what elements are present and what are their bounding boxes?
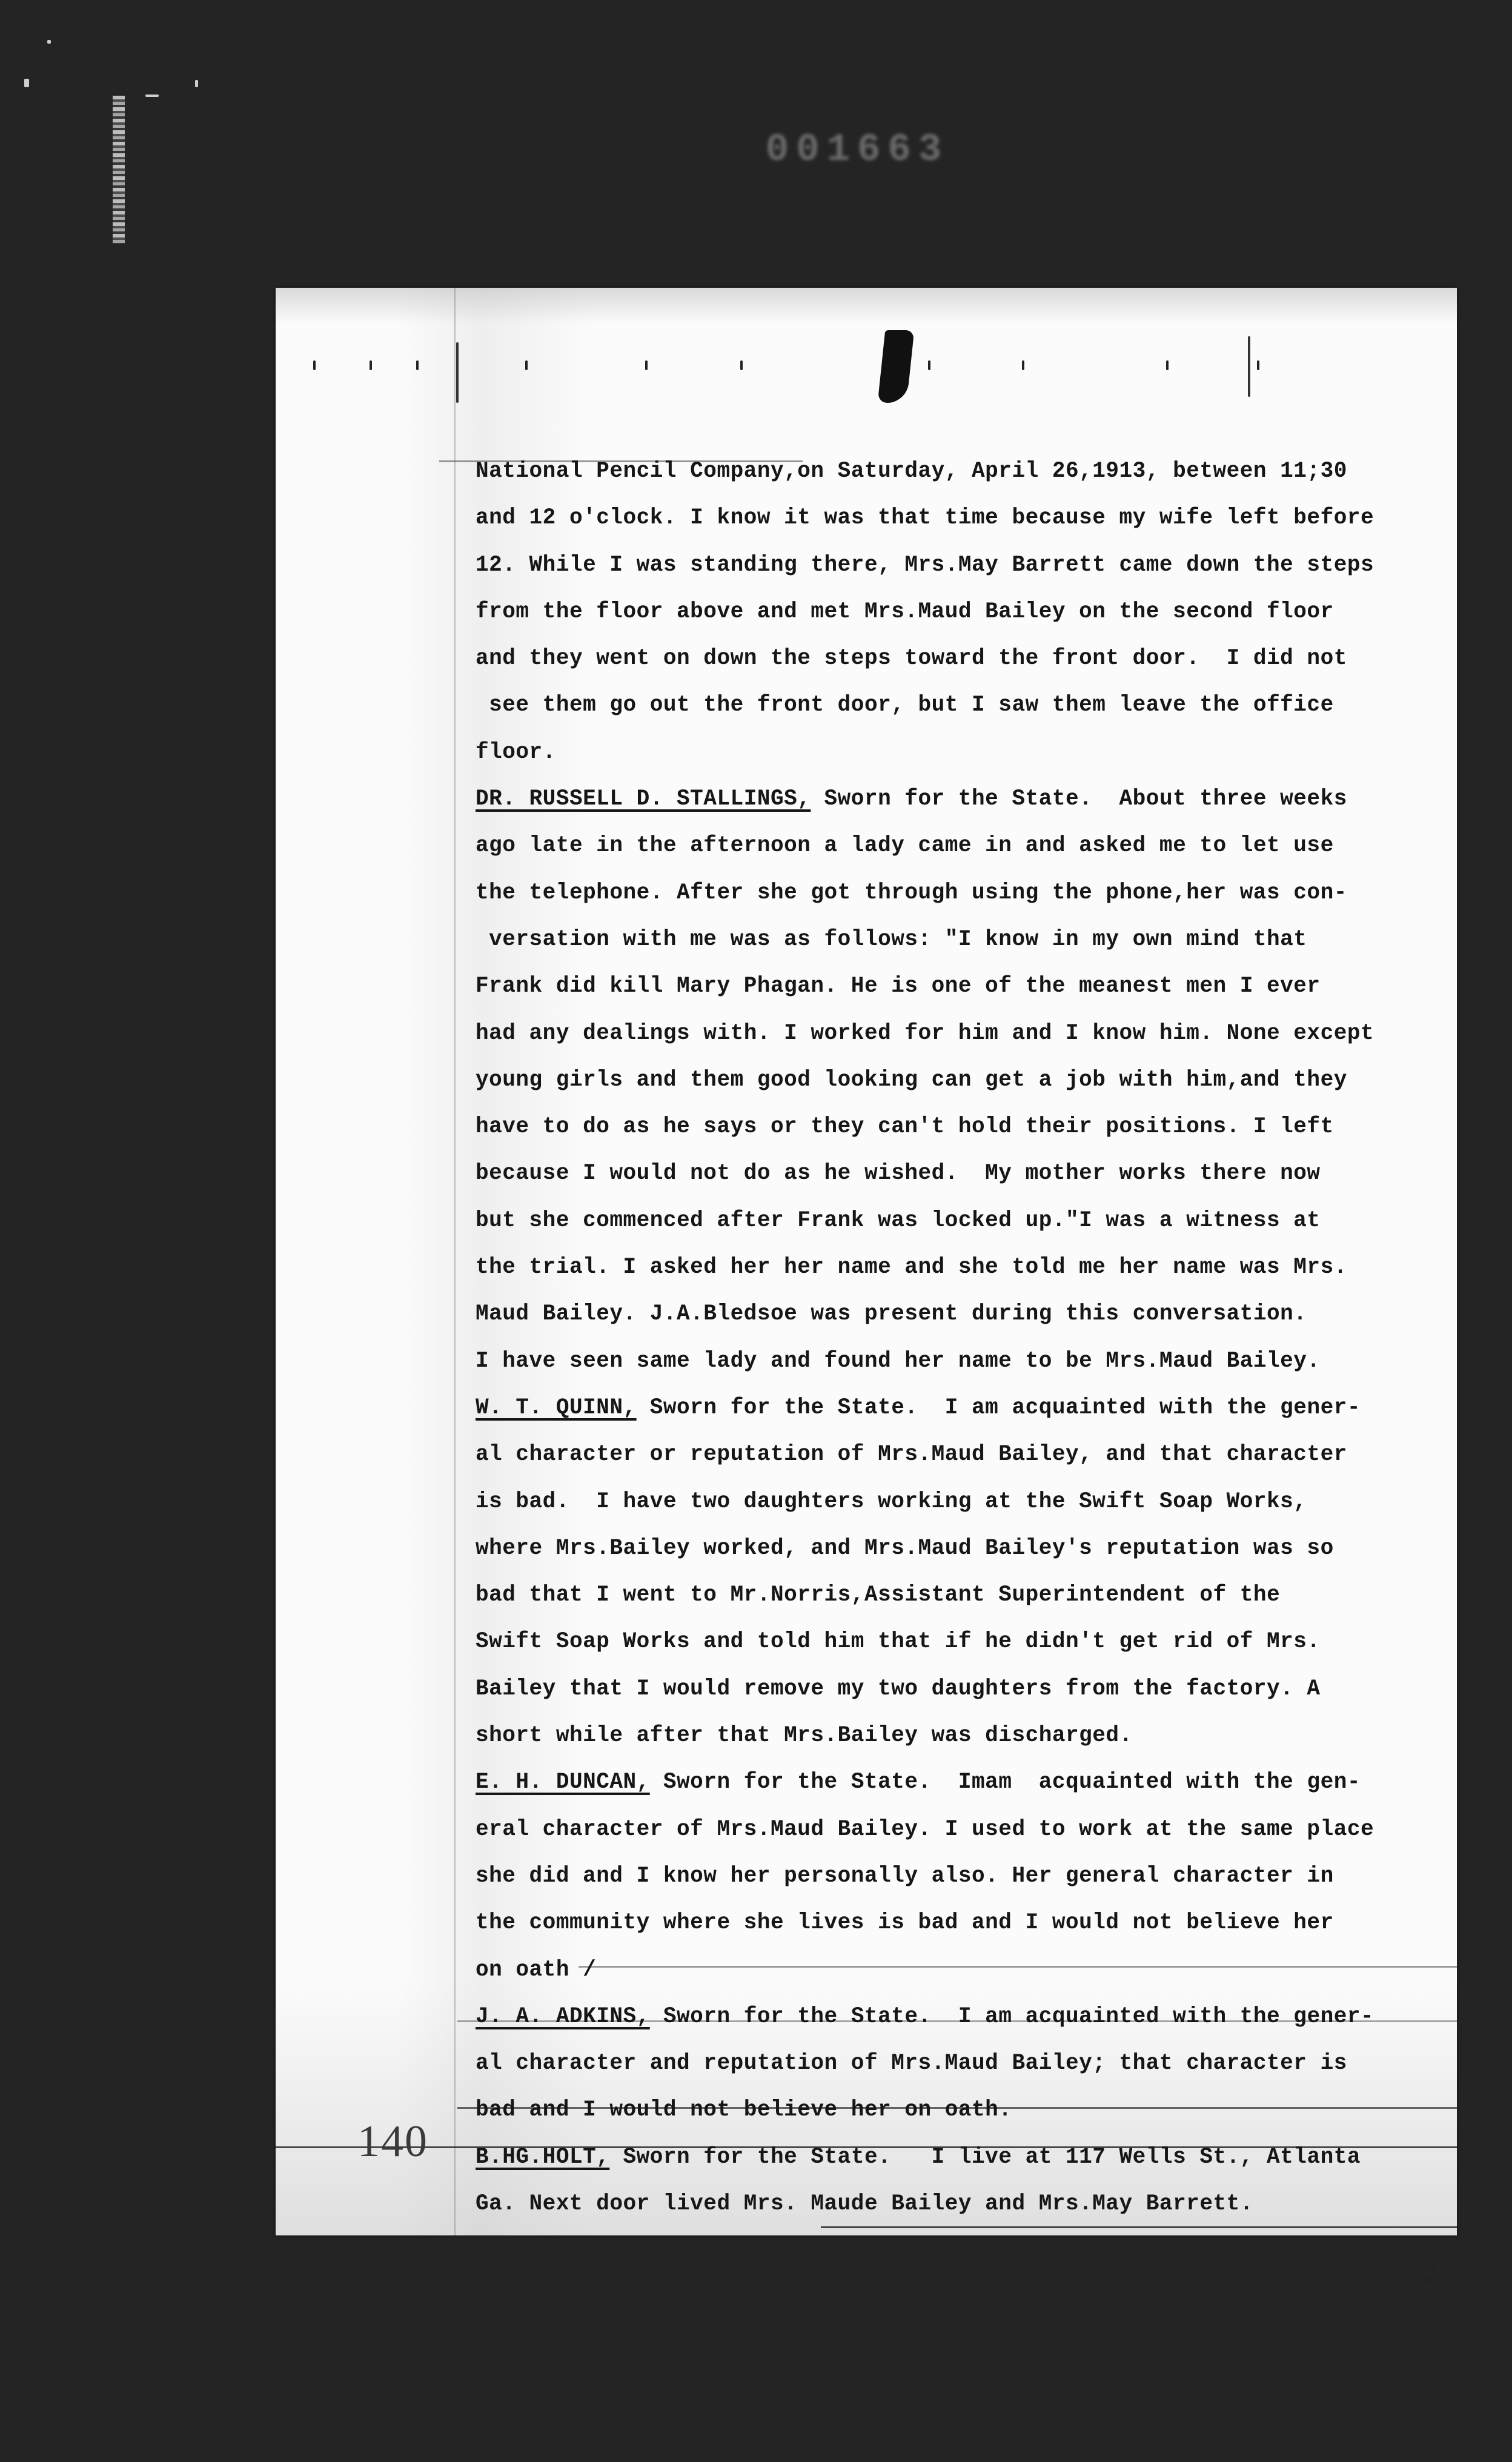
document-line: she did and I know her personally also. … <box>476 1853 1421 1900</box>
witness-heading-line: E. H. DUNCAN, Sworn for the State. Imam … <box>476 1759 1421 1806</box>
document-line: eral character of Mrs.Maud Bailey. I use… <box>476 1807 1421 1853</box>
ruling-tick <box>645 360 648 370</box>
document-line: floor. <box>476 729 1421 776</box>
film-speck <box>47 40 51 44</box>
document-line: the trial. I asked her her name and she … <box>476 1244 1421 1291</box>
witness-sworn-text: Sworn for the State. I live at 117 Wells… <box>609 2145 1361 2170</box>
margin-mark <box>1248 336 1250 397</box>
document-line: al character or reputation of Mrs.Maud B… <box>476 1432 1421 1478</box>
ruling-tick <box>1257 360 1259 370</box>
film-speck <box>145 95 159 97</box>
document-line: bad that I went to Mr.Norris,Assistant S… <box>476 1572 1421 1619</box>
document-line: but she commenced after Frank was locked… <box>476 1198 1421 1244</box>
document-line: and 12 o'clock. I know it was that time … <box>476 495 1421 542</box>
film-speck <box>24 79 29 87</box>
document-line: the telephone. After she got through usi… <box>476 870 1421 917</box>
document-line: 12. While I was standing there, Mrs.May … <box>476 542 1421 589</box>
document-line: is bad. I have two daughters working at … <box>476 1479 1421 1525</box>
document-line: Maud Bailey. J.A.Bledsoe was present dur… <box>476 1291 1421 1338</box>
witness-sworn-text: Sworn for the State. About three weeks <box>811 786 1347 812</box>
witness-name: J. A. ADKINS, <box>476 2004 650 2029</box>
punch-hole-mark <box>878 330 915 403</box>
margin-mark <box>456 342 459 403</box>
witness-sworn-text: Sworn for the State. I am acquainted wit… <box>637 1395 1361 1421</box>
marginal-page-number: 140 <box>357 2116 428 2168</box>
witness-name: B.HG.HOLT, <box>476 2145 609 2170</box>
witness-heading-line: J. A. ADKINS, Sworn for the State. I am … <box>476 1994 1421 2040</box>
document-page: 140 ✓ National Pencil Company,on Saturda… <box>276 288 1457 2235</box>
document-line: have to do as he says or they can't hold… <box>476 1104 1421 1150</box>
document-line: where Mrs.Bailey worked, and Mrs.Maud Ba… <box>476 1525 1421 1572</box>
frame-number: 001663 <box>724 128 990 177</box>
document-line: the community where she lives is bad and… <box>476 1900 1421 1946</box>
document-line: National Pencil Company,on Saturday, Apr… <box>476 448 1421 495</box>
document-line: versation with me was as follows: "I kno… <box>476 917 1421 963</box>
document-line: short while after that Mrs.Bailey was di… <box>476 1713 1421 1759</box>
document-line: I have seen same lady and found her name… <box>476 1338 1421 1385</box>
film-speck <box>195 80 198 87</box>
document-line: had any dealings with. I worked for him … <box>476 1010 1421 1057</box>
document-line: young girls and them good looking can ge… <box>476 1057 1421 1104</box>
witness-heading-line: DR. RUSSELL D. STALLINGS, Sworn for the … <box>476 776 1421 823</box>
typed-testimony: National Pencil Company,on Saturday, Apr… <box>476 448 1445 2228</box>
ruling-tick <box>1022 360 1024 370</box>
ruling-tick <box>313 360 316 370</box>
document-line: from the floor above and met Mrs.Maud Ba… <box>476 589 1421 635</box>
document-line: Frank did kill Mary Phagan. He is one of… <box>476 963 1421 1010</box>
document-line: Swift Soap Works and told him that if he… <box>476 1619 1421 1665</box>
document-line: Ga. Next door lived Mrs. Maude Bailey an… <box>476 2181 1421 2228</box>
ruling-tick <box>740 360 743 370</box>
ruling-tick <box>928 360 930 370</box>
witness-sworn-text: Sworn for the State. Imam acquainted wit… <box>650 1770 1361 1795</box>
witness-heading-line: B.HG.HOLT, Sworn for the State. I live a… <box>476 2134 1421 2181</box>
witness-name: E. H. DUNCAN, <box>476 1770 650 1795</box>
ruling-tick <box>416 360 419 370</box>
margin-rule <box>454 288 456 2235</box>
document-line: see them go out the front door, but I sa… <box>476 682 1421 729</box>
document-line: bad and I would not believe her on oath. <box>476 2087 1421 2134</box>
document-line: ago late in the afternoon a lady came in… <box>476 823 1421 869</box>
witness-heading-line: W. T. QUINN, Sworn for the State. I am a… <box>476 1385 1421 1432</box>
witness-sworn-text: Sworn for the State. I am acquainted wit… <box>650 2004 1374 2029</box>
ruling-tick <box>370 360 372 370</box>
document-line: Bailey that I would remove my two daught… <box>476 1666 1421 1713</box>
document-line: on oath / <box>476 1947 1421 1994</box>
document-line: al character and reputation of Mrs.Maud … <box>476 2040 1421 2087</box>
film-edge-marking <box>113 96 125 244</box>
ruling-tick <box>1166 360 1169 370</box>
ruling-tick <box>525 360 528 370</box>
witness-name: DR. RUSSELL D. STALLINGS, <box>476 786 811 812</box>
document-line: and they went on down the steps toward t… <box>476 635 1421 682</box>
witness-name: W. T. QUINN, <box>476 1395 637 1421</box>
document-line: because I would not do as he wished. My … <box>476 1150 1421 1197</box>
